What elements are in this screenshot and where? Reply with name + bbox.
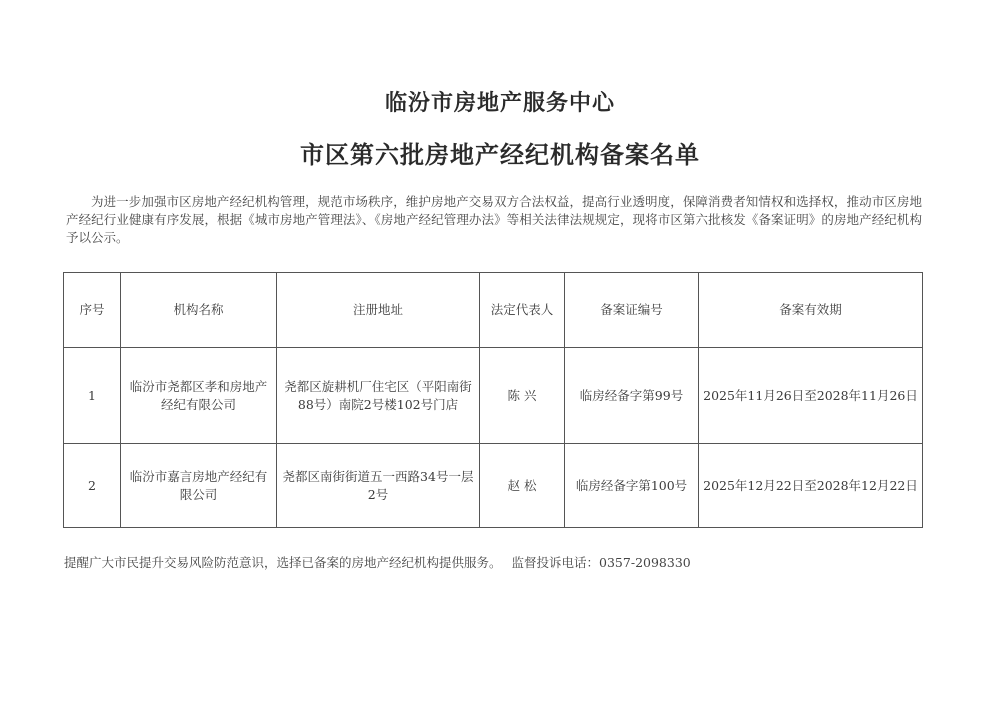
cell-validity: 2025年11月26日至2028年11月26日	[699, 348, 923, 444]
cell-rep: 赵 松	[480, 444, 565, 528]
footer-note: 提醒广大市民提升交易风险防范意识，选择已备案的房地产经纪机构提供服务。监督投诉电…	[64, 553, 691, 571]
table-header-row: 序号 机构名称 注册地址 法定代表人 备案证编号 备案有效期	[64, 273, 923, 348]
hotline-number: 0357-2098330	[599, 555, 691, 570]
cell-name: 临汾市尧都区孝和房地产经纪有限公司	[121, 348, 277, 444]
cell-no: 1	[64, 348, 121, 444]
cell-cert: 临房经备字第100号	[565, 444, 699, 528]
cell-rep: 陈 兴	[480, 348, 565, 444]
header-rep: 法定代表人	[480, 273, 565, 348]
hotline-label: 监督投诉电话：	[512, 555, 600, 570]
table-row: 1 临汾市尧都区孝和房地产经纪有限公司 尧都区旋耕机厂住宅区（平阳南街88号）南…	[64, 348, 923, 444]
header-cert: 备案证编号	[565, 273, 699, 348]
cell-name: 临汾市嘉言房地产经纪有限公司	[121, 444, 277, 528]
header-address: 注册地址	[277, 273, 480, 348]
header-no: 序号	[64, 273, 121, 348]
cell-address: 尧都区南街街道五一西路34号一层2号	[277, 444, 480, 528]
document-title: 市区第六批房地产经纪机构备案名单	[0, 135, 1000, 170]
registration-table: 序号 机构名称 注册地址 法定代表人 备案证编号 备案有效期 1 临汾市尧都区孝…	[63, 272, 923, 528]
cell-no: 2	[64, 444, 121, 528]
cell-validity: 2025年12月22日至2028年12月22日	[699, 444, 923, 528]
header-validity: 备案有效期	[699, 273, 923, 348]
cell-cert: 临房经备字第99号	[565, 348, 699, 444]
organization-title: 临汾市房地产服务中心	[0, 86, 1000, 117]
cell-address: 尧都区旋耕机厂住宅区（平阳南街88号）南院2号楼102号门店	[277, 348, 480, 444]
reminder-text: 提醒广大市民提升交易风险防范意识，选择已备案的房地产经纪机构提供服务。	[64, 555, 502, 570]
intro-paragraph: 为进一步加强市区房地产经纪机构管理，规范市场秩序，维护房地产交易双方合法权益，提…	[66, 193, 922, 247]
header-name: 机构名称	[121, 273, 277, 348]
table-row: 2 临汾市嘉言房地产经纪有限公司 尧都区南街街道五一西路34号一层2号 赵 松 …	[64, 444, 923, 528]
